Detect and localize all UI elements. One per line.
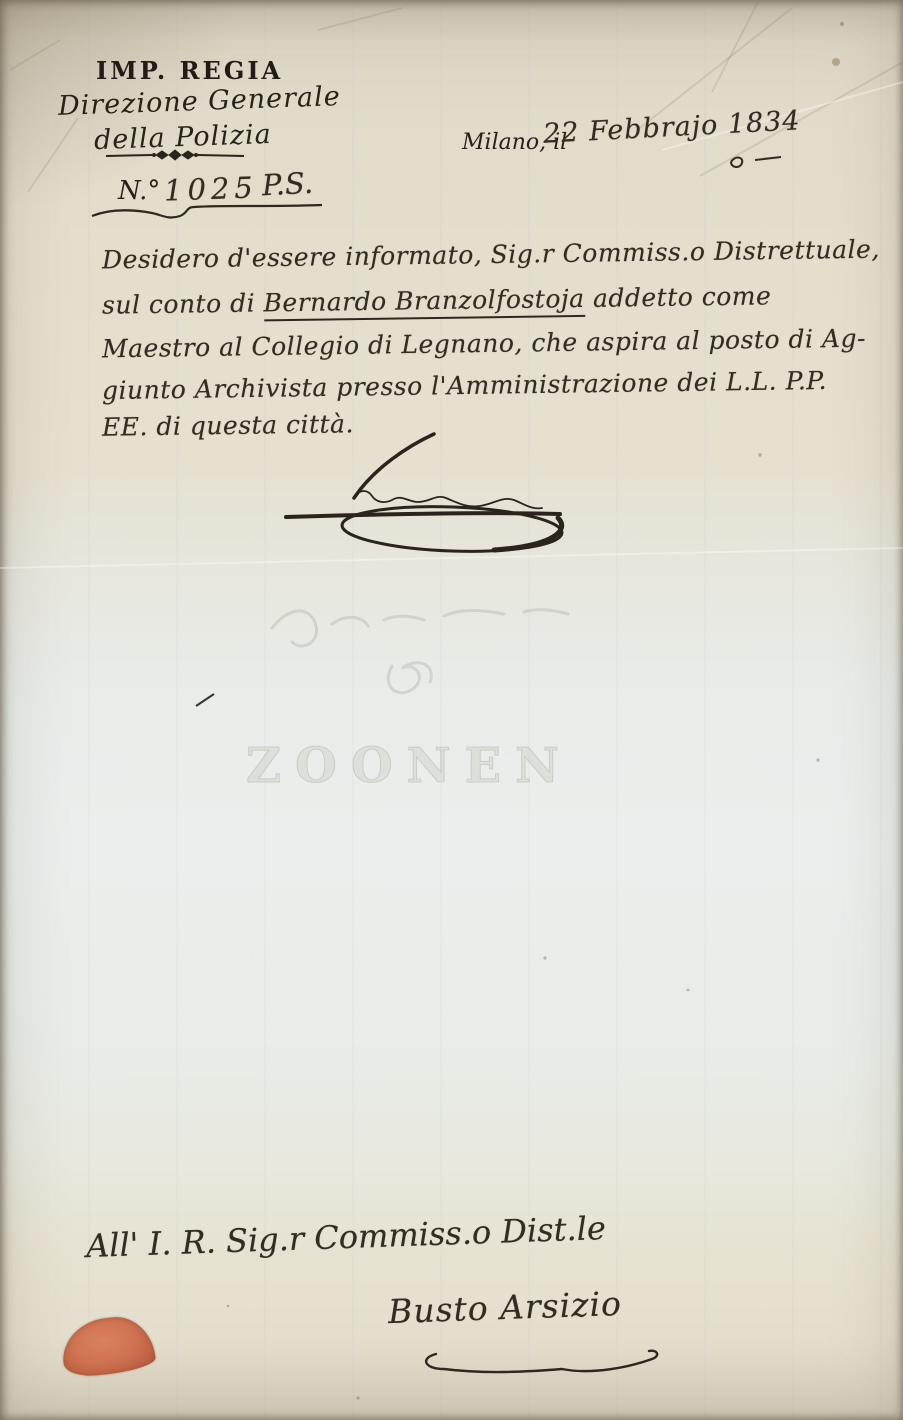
ornament-divider-icon: [106, 146, 244, 164]
address-line-2: Busto Arsizio: [387, 1284, 622, 1331]
reference-label-printed: N.°: [118, 176, 160, 206]
body-line-2-suffix: addetto come: [584, 281, 771, 313]
year-underline-flourish: [723, 153, 793, 169]
reference-underline-flourish: [88, 203, 328, 221]
signature-flourish: [258, 428, 578, 558]
reference-suffix: P.S.: [261, 166, 314, 203]
scanned-letter-page: { "letterhead": { "line1": "IMP. REGIA",…: [0, 0, 903, 1420]
body-line-2-underlined-name: Bernardo Branzolfostoja: [263, 284, 584, 321]
paper-watermark-text: ZOONEN: [246, 738, 573, 794]
watermark-script-flourish: [252, 588, 582, 703]
body-line-2-prefix: sul conto di: [102, 288, 264, 319]
address-underline-flourish: [406, 1340, 668, 1376]
letterhead-imp-regia: IMP. REGIA: [96, 56, 283, 85]
ink-speck: [196, 694, 214, 706]
